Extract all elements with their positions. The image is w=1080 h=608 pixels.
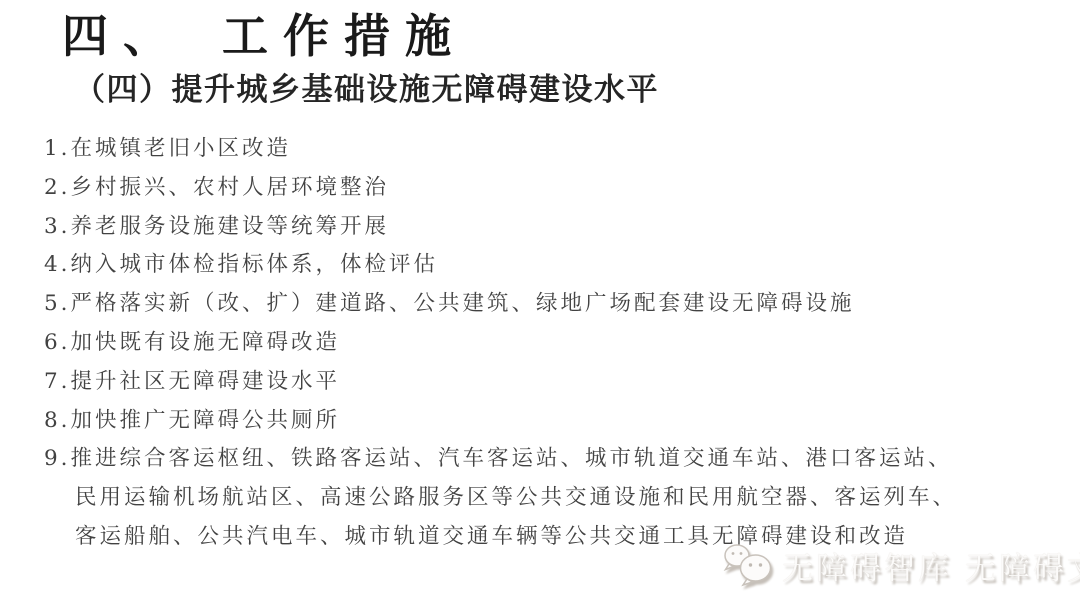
- list-item: 9.推进综合客运枢纽、铁路客运站、汽车客运站、城市轨道交通车站、港口客运站、: [44, 440, 1054, 479]
- wechat-icon: [722, 542, 776, 588]
- list-item: 4.纳入城市体检指标体系，体检评估: [44, 246, 1054, 285]
- list-item-continuation: 民用运输机场航站区、高速公路服务区等公共交通设施和民用航空器、客运列车、: [44, 479, 1054, 518]
- list-item: 5.严格落实新（改、扩）建道路、公共建筑、绿地广场配套建设无障碍设施: [44, 285, 1054, 324]
- list-item: 6.加快既有设施无障碍改造: [44, 324, 1054, 363]
- section-subtitle: （四）提升城乡基础设施无障碍建设水平: [74, 64, 659, 109]
- watermark-text: 无障碍智库 无障碍文化: [782, 543, 1080, 588]
- list-item: 2.乡村振兴、农村人居环境整治: [44, 169, 1054, 208]
- list-item: 3.养老服务设施建设等统筹开展: [44, 208, 1054, 247]
- measures-list: 1.在城镇老旧小区改造 2.乡村振兴、农村人居环境整治 3.养老服务设施建设等统…: [44, 130, 1054, 557]
- watermark: 无障碍智库 无障碍文化: [722, 542, 1080, 588]
- list-item: 8.加快推广无障碍公共厕所: [44, 402, 1054, 441]
- list-item: 1.在城镇老旧小区改造: [44, 130, 1054, 169]
- slide: 四、 工作措施 （四）提升城乡基础设施无障碍建设水平 1.在城镇老旧小区改造 2…: [0, 0, 1080, 608]
- list-item: 7.提升社区无障碍建设水平: [44, 363, 1054, 402]
- page-title: 四、 工作措施: [62, 0, 466, 66]
